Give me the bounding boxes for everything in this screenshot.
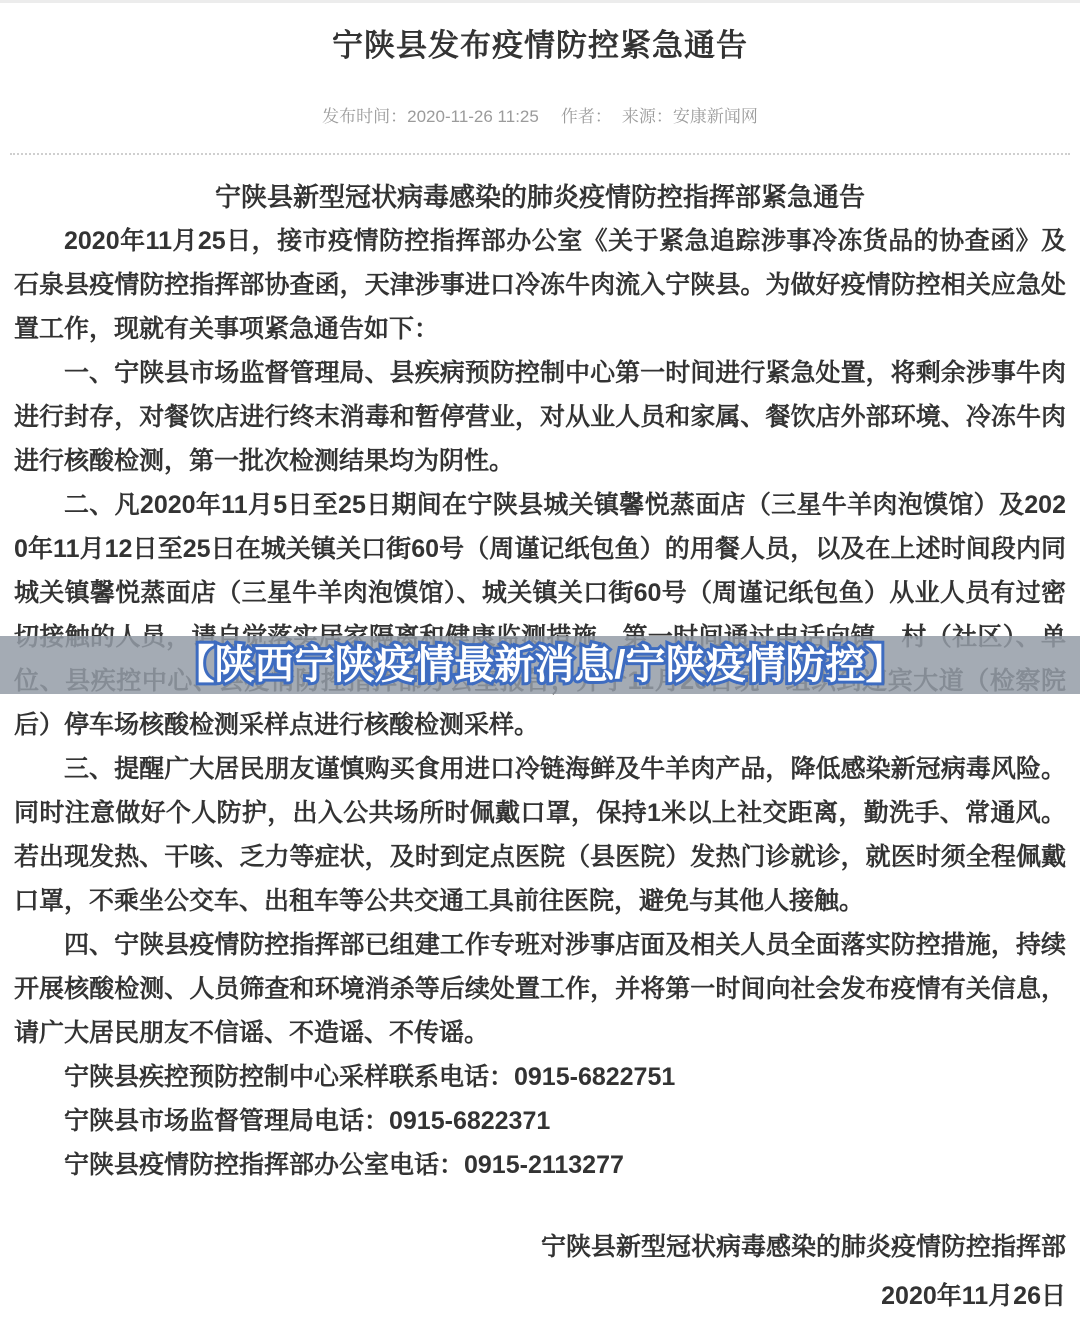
signature-org: 宁陕县新型冠状病毒感染的肺炎疫情防控指挥部 bbox=[0, 1225, 1080, 1269]
watermark-text: 【陕西宁陕疫情最新消息/宁陕疫情防控】 bbox=[174, 643, 905, 687]
notice-paragraph-4: 四、宁陕县疫情防控指挥部已组建工作专班对涉事店面及相关人员全面落实防控措施，持续… bbox=[0, 923, 1080, 1055]
article-page: 宁陕县发布疫情防控紧急通告 发布时间：2020-11-26 11:25作者：来源… bbox=[0, 0, 1080, 1330]
notice-heading: 宁陕县新型冠状病毒感染的肺炎疫情防控指挥部紧急通告 bbox=[10, 184, 1070, 211]
author-label: 作者： bbox=[561, 107, 612, 126]
notice-paragraph-intro: 2020年11月25日，接市疫情防控指挥部办公室《关于紧急追踪涉事冷冻货品的协查… bbox=[0, 219, 1080, 351]
notice-body: 2020年11月25日，接市疫情防控指挥部办公室《关于紧急追踪涉事冷冻货品的协查… bbox=[0, 219, 1080, 1187]
watermark-banner: 【陕西宁陕疫情最新消息/宁陕疫情防控】 【陕西宁陕疫情最新消息/宁陕疫情防控】 bbox=[0, 636, 1080, 694]
article-meta: 发布时间：2020-11-26 11:25作者：来源：安康新闻网 bbox=[0, 107, 1080, 126]
source-label: 来源：安康新闻网 bbox=[622, 107, 758, 126]
watermark-text-wrap: 【陕西宁陕疫情最新消息/宁陕疫情防控】 【陕西宁陕疫情最新消息/宁陕疫情防控】 bbox=[174, 645, 905, 685]
contact-phone-market-bureau: 宁陕县市场监督管理局电话：0915-6822371 bbox=[0, 1099, 1080, 1143]
publish-time: 发布时间：2020-11-26 11:25 bbox=[322, 107, 539, 126]
contact-phone-cdc: 宁陕县疾控预防控制中心采样联系电话：0915-6822751 bbox=[0, 1055, 1080, 1099]
notice-paragraph-1: 一、宁陕县市场监督管理局、县疾病预防控制中心第一时间进行紧急处置，将剩余涉事牛肉… bbox=[0, 351, 1080, 483]
contact-phone-hq-office: 宁陕县疫情防控指挥部办公室电话：0915-2113277 bbox=[0, 1143, 1080, 1187]
signature-date: 2020年11月26日 bbox=[0, 1274, 1080, 1318]
notice-paragraph-2: 二、凡2020年11月5日至25日期间在宁陕县城关镇馨悦蒸面店（三星牛羊肉泡馍馆… bbox=[0, 483, 1080, 747]
page-title: 宁陕县发布疫情防控紧急通告 bbox=[0, 3, 1080, 62]
notice-paragraph-3: 三、提醒广大居民朋友谨慎购买食用进口冷链海鲜及牛羊肉产品，降低感染新冠病毒风险。… bbox=[0, 747, 1080, 923]
dotted-separator bbox=[10, 153, 1070, 155]
